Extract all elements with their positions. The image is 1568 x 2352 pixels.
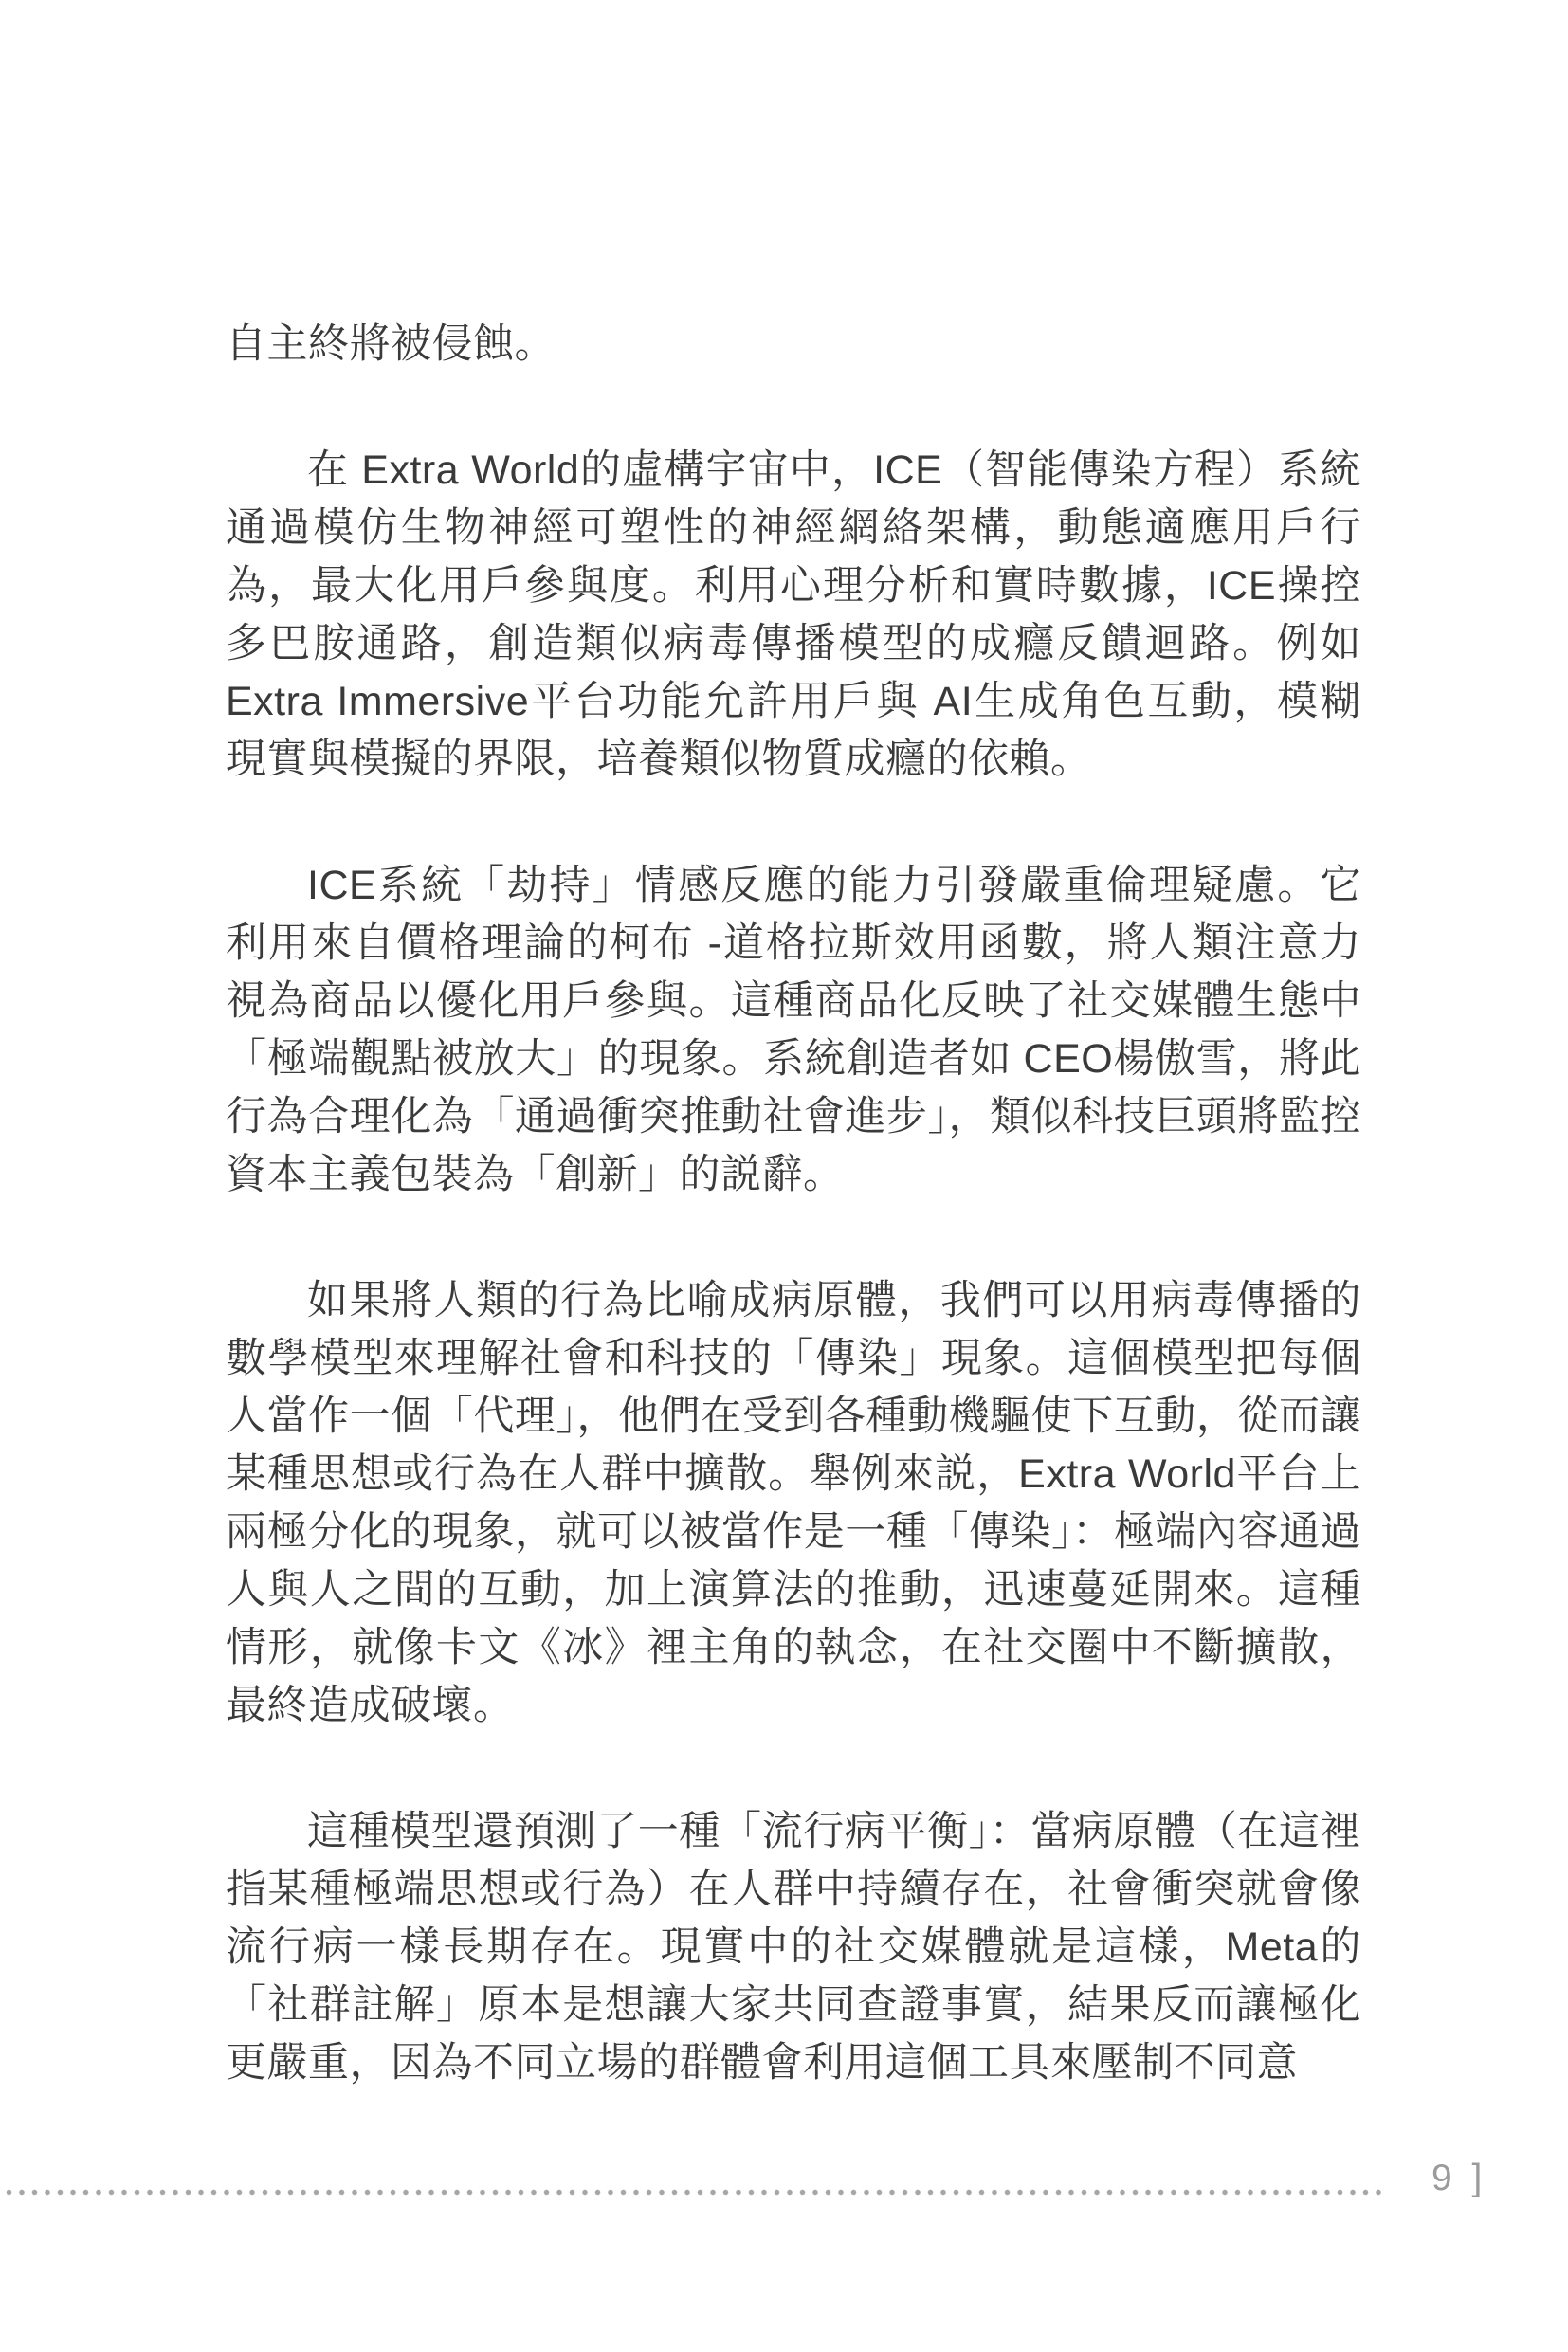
page-text-column: 自主終將被侵蝕。 在 Extra World的虛構宇宙中，ICE（智能傳染方程）… (226, 316, 1361, 2161)
paragraph: 如果將人類的行為比喻成病原體，我們可以用病毒傳播的數學模型來理解社會和科技的「傳… (226, 1272, 1361, 1735)
paragraph: 自主終將被侵蝕。 (226, 316, 1361, 374)
paragraph: 在 Extra World的虛構宇宙中，ICE（智能傳染方程）系統通過模仿生物神… (226, 442, 1361, 789)
footer-dotted-line (6, 2188, 1382, 2197)
document-page: 自主終將被侵蝕。 在 Extra World的虛構宇宙中，ICE（智能傳染方程）… (0, 0, 1568, 2352)
paragraph: ICE系統「劫持」情感反應的能力引發嚴重倫理疑慮。它利用來自價格理論的柯布 -道… (226, 857, 1361, 1204)
paragraph: 這種模型還預測了一種「流行病平衡」：當病原體（在這裡指某種極端思想或行為）在人群… (226, 1803, 1361, 2092)
page-number: 9 ] (1431, 2158, 1486, 2199)
